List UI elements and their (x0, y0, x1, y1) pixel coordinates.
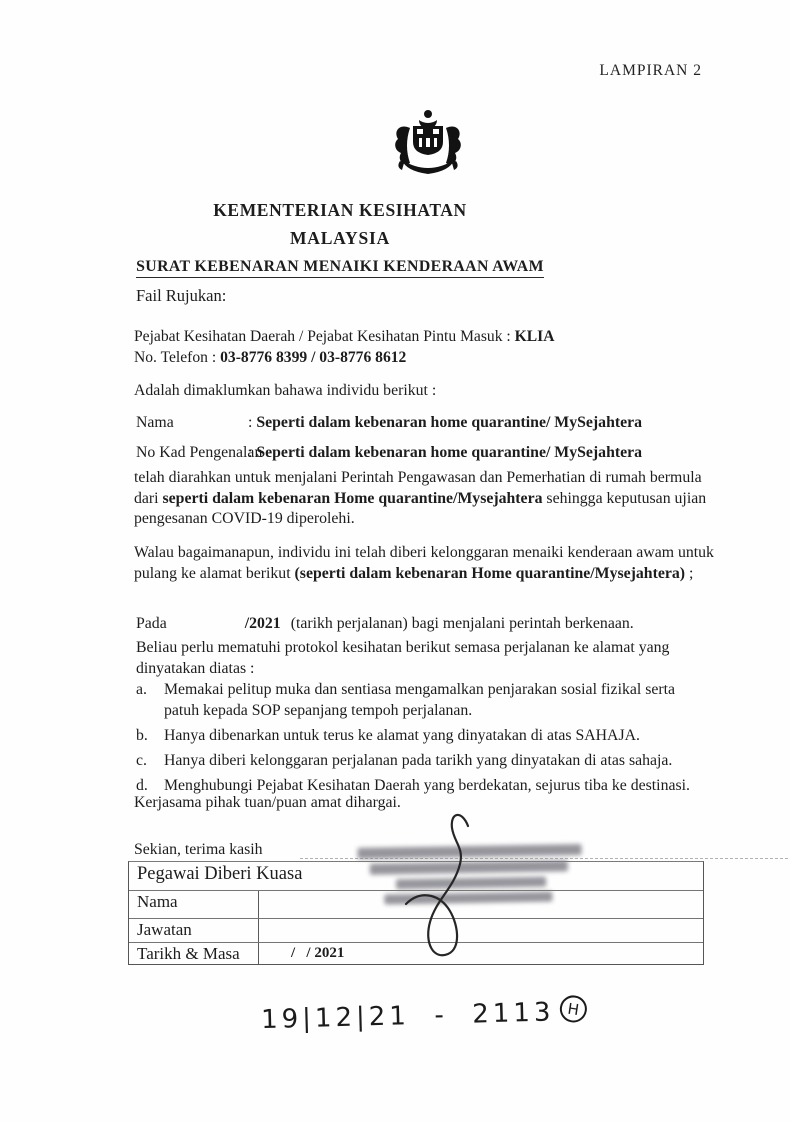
closing-thanks: Kerjasama pihak tuan/puan amat dihargai. (134, 794, 401, 812)
officer-position-label: Jawatan (129, 919, 259, 942)
letter-title: SURAT KEBENARAN MENAIKI KENDERAAN AWAM (0, 258, 680, 276)
travel-date-label: Pada (136, 615, 167, 632)
health-office-line: Pejabat Kesihatan Daerah / Pejabat Kesih… (134, 328, 555, 346)
protocol-item-d-marker: d. (136, 775, 148, 796)
health-office-label: Pejabat Kesihatan Daerah / Pejabat Kesih… (134, 328, 511, 345)
officer-header-label: Pegawai Diberi Kuasa (137, 864, 302, 884)
closing-regards: Sekian, terima kasih (134, 841, 263, 859)
officer-name-label: Nama (129, 891, 259, 918)
protocol-intro: Beliau perlu mematuhi protokol kesihatan… (136, 637, 706, 679)
handwritten-date-time-note: 19|12|21 - 2113H (211, 965, 589, 1066)
intro-line: Adalah dimaklumkan bahawa individu berik… (134, 382, 436, 400)
ic-label: No Kad Pengenalan (136, 444, 262, 462)
protocol-item-c-text: Hanya diberi kelonggaran perjalanan pada… (164, 752, 672, 769)
protocol-item-c: c. Hanya diberi kelonggaran perjalanan p… (136, 750, 704, 771)
protocol-item-d-text: Menghubungi Pejabat Kesihatan Daerah yan… (164, 777, 690, 794)
file-reference-label: Fail Rujukan: (136, 286, 226, 306)
name-value: Seperti dalam kebenaran home quarantine/… (256, 414, 642, 431)
name-separator: : (248, 414, 252, 431)
protocol-item-a: a. Memakai pelitup muka dan sentiasa men… (136, 679, 704, 721)
ic-value: Seperti dalam kebenaran home quarantine/… (256, 444, 642, 461)
ministry-name-line2: MALAYSIA (0, 228, 680, 249)
order-paragraph-bold: seperti dalam kebenaran Home quarantine/… (163, 490, 543, 507)
travel-date-rest: (tarikh perjalanan) bagi menjalani perin… (291, 615, 634, 632)
protocol-item-b: b. Hanya dibenarkan untuk terus ke alama… (136, 725, 704, 746)
handwritten-signature (395, 810, 505, 970)
scanned-letter-page: LAMPIRAN 2 KEMENTERIAN KESIHA (0, 0, 790, 1122)
date-time-label: Tarikh & Masa (129, 943, 259, 964)
ic-value-wrap: : Seperti dalam kebenaran home quarantin… (248, 444, 642, 462)
protocol-item-c-marker: c. (136, 750, 147, 771)
name-label: Nama (136, 414, 174, 432)
phone-value: 03-8776 8399 / 03-8776 8612 (220, 349, 406, 366)
phone-label: No. Telefon : (134, 349, 216, 366)
travel-date-year: /2021 (245, 615, 281, 632)
protocol-item-a-marker: a. (136, 679, 147, 700)
attachment-corner-label: LAMPIRAN 2 (599, 62, 702, 80)
protocol-item-b-marker: b. (136, 725, 148, 746)
malaysia-coat-of-arms-icon (392, 108, 464, 193)
travel-date-line: Pada/2021(tarikh perjalanan) bagi menjal… (136, 615, 634, 633)
protocol-item-b-text: Hanya dibenarkan untuk terus ke alamat y… (164, 727, 640, 744)
relief-paragraph-bold: (seperti dalam kebenaran Home quarantine… (295, 565, 686, 582)
protocol-list: a. Memakai pelitup muka dan sentiasa men… (136, 679, 704, 800)
travel-relief-paragraph: Walau bagaimanapun, individu ini telah d… (134, 543, 718, 584)
name-value-wrap: : Seperti dalam kebenaran home quarantin… (248, 414, 642, 432)
phone-line: No. Telefon : 03-8776 8399 / 03-8776 861… (134, 349, 406, 367)
handwritten-date-time: 19|12|21 - 2113 (261, 997, 555, 1035)
quarantine-order-paragraph: telah diarahkan untuk menjalani Perintah… (134, 468, 718, 530)
handwritten-circled-letter: H (558, 994, 589, 1025)
ministry-name-line1: KEMENTERIAN KESIHATAN (0, 200, 680, 221)
ic-separator: : (248, 444, 252, 461)
letter-title-text: SURAT KEBENARAN MENAIKI KENDERAAN AWAM (136, 258, 544, 278)
health-office-value: KLIA (515, 328, 555, 345)
protocol-item-d: d. Menghubungi Pejabat Kesihatan Daerah … (136, 775, 704, 796)
protocol-item-a-text: Memakai pelitup muka dan sentiasa mengam… (164, 681, 675, 719)
relief-paragraph-part2: ; (685, 565, 693, 582)
